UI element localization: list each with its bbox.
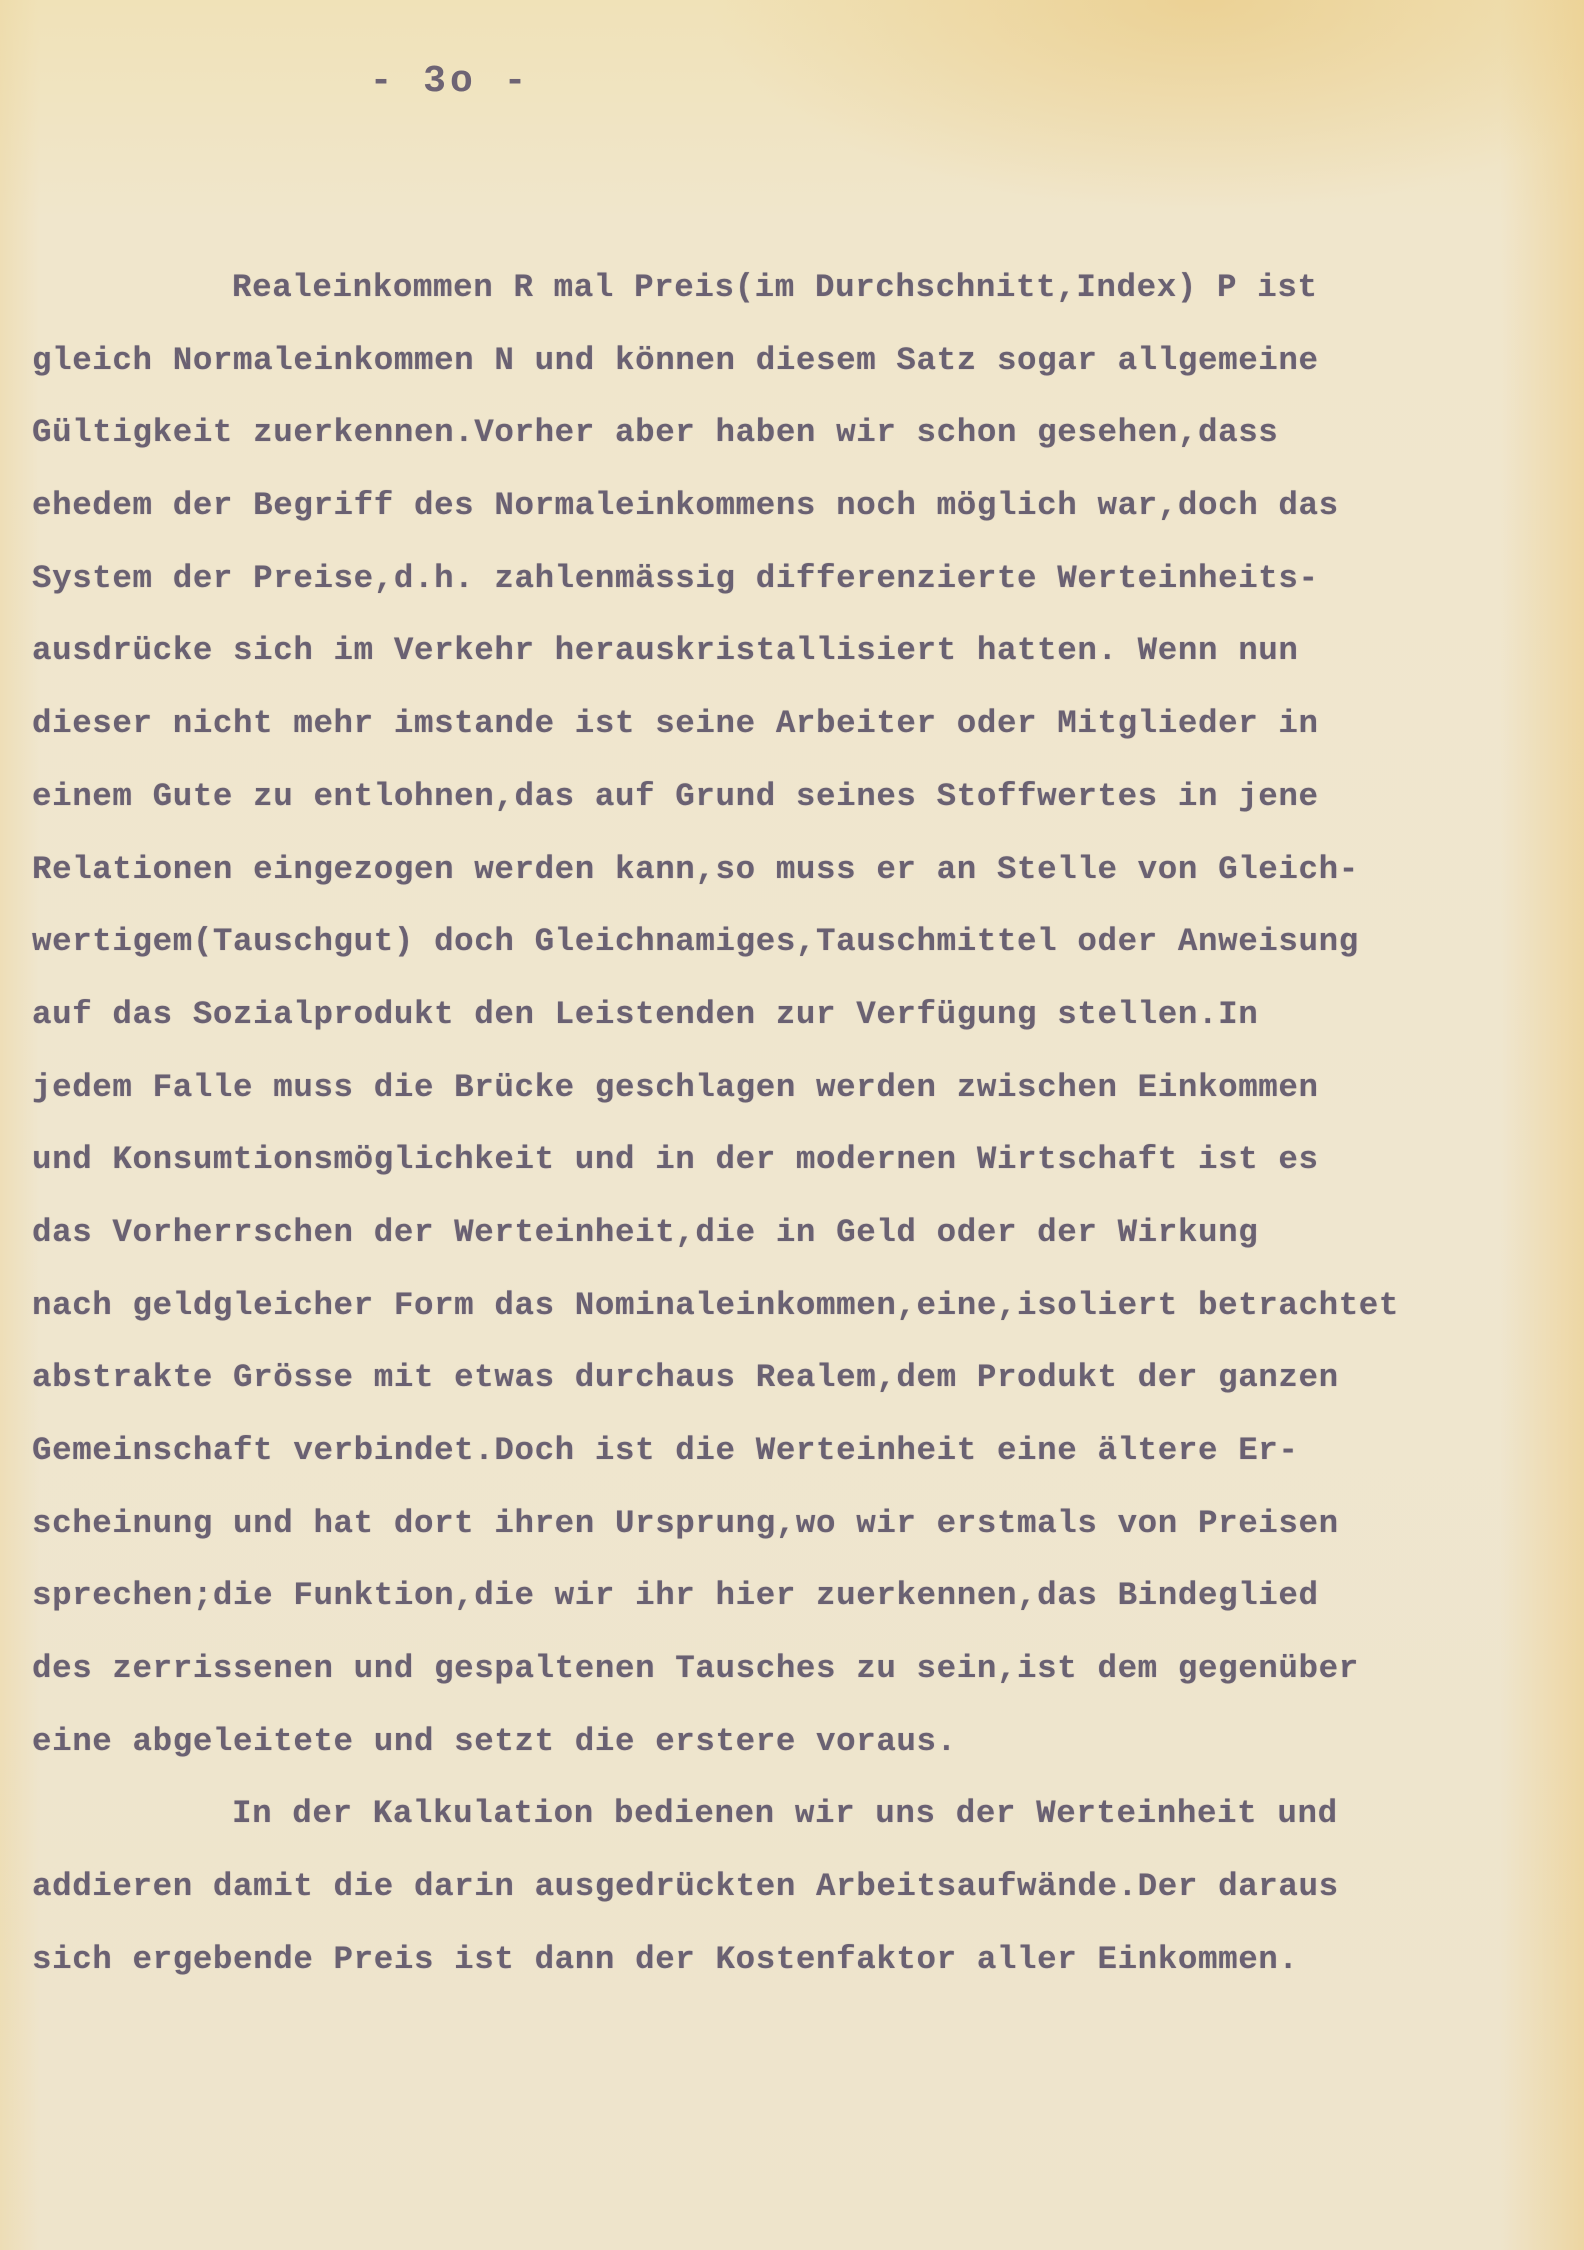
paragraph-1-line-18: scheinung und hat dort ihren Ursprung,wo…	[32, 1504, 1572, 1577]
paragraph-1-line-10: wertigem(Tauschgut) doch Gleichnamiges,T…	[32, 922, 1572, 995]
paragraph-1-line-15: nach geldgleicher Form das Nominaleinkom…	[32, 1286, 1572, 1359]
paragraph-1-line-17: Gemeinschaft verbindet.Doch ist die Wert…	[32, 1431, 1572, 1504]
paragraph-1-line-19: sprechen;die Funktion,die wir ihr hier z…	[32, 1576, 1572, 1649]
paragraph-1-line-2: gleich Normaleinkommen N und können dies…	[32, 341, 1572, 414]
paragraph-1-line-21: eine abgeleitete und setzt die erstere v…	[32, 1722, 1572, 1795]
paragraph-2-line-3: sich ergebende Preis ist dann der Kosten…	[32, 1940, 1572, 2013]
paragraph-1-line-3: Gültigkeit zuerkennen.Vorher aber haben …	[32, 413, 1572, 486]
paragraph-1-line-11: auf das Sozialprodukt den Leistenden zur…	[32, 995, 1572, 1068]
paragraph-1-line-12: jedem Falle muss die Brücke geschlagen w…	[32, 1068, 1572, 1141]
paragraph-1-line-8: einem Gute zu entlohnen,das auf Grund se…	[32, 777, 1572, 850]
paragraph-1-line-14: das Vorherrschen der Werteinheit,die in …	[32, 1213, 1572, 1286]
paragraph-1-line-9: Relationen eingezogen werden kann,so mus…	[32, 850, 1572, 923]
paragraph-1-line-1: Realeinkommen R mal Preis(im Durchschnit…	[32, 268, 1572, 341]
paragraph-2-line-2: addieren damit die darin ausgedrückten A…	[32, 1867, 1572, 1940]
page-number: - 3o -	[300, 60, 600, 103]
paragraph-1-line-4: ehedem der Begriff des Normaleinkommens …	[32, 486, 1572, 559]
typewritten-page: - 3o - Realeinkommen R mal Preis(im Durc…	[0, 0, 1584, 2250]
paragraph-1-line-16: abstrakte Grösse mit etwas durchaus Real…	[32, 1358, 1572, 1431]
paragraph-1-line-5: System der Preise,d.h. zahlenmässig diff…	[32, 559, 1572, 632]
paragraph-1-line-13: und Konsumtionsmöglichkeit und in der mo…	[32, 1140, 1572, 1213]
paragraph-1-line-20: des zerrissenen und gespaltenen Tausches…	[32, 1649, 1572, 1722]
body-text: Realeinkommen R mal Preis(im Durchschnit…	[32, 268, 1572, 2013]
paragraph-1-line-7: dieser nicht mehr imstande ist seine Arb…	[32, 704, 1572, 777]
paragraph-2-line-1: In der Kalkulation bedienen wir uns der …	[32, 1794, 1572, 1867]
paragraph-1-line-6: ausdrücke sich im Verkehr herauskristall…	[32, 631, 1572, 704]
